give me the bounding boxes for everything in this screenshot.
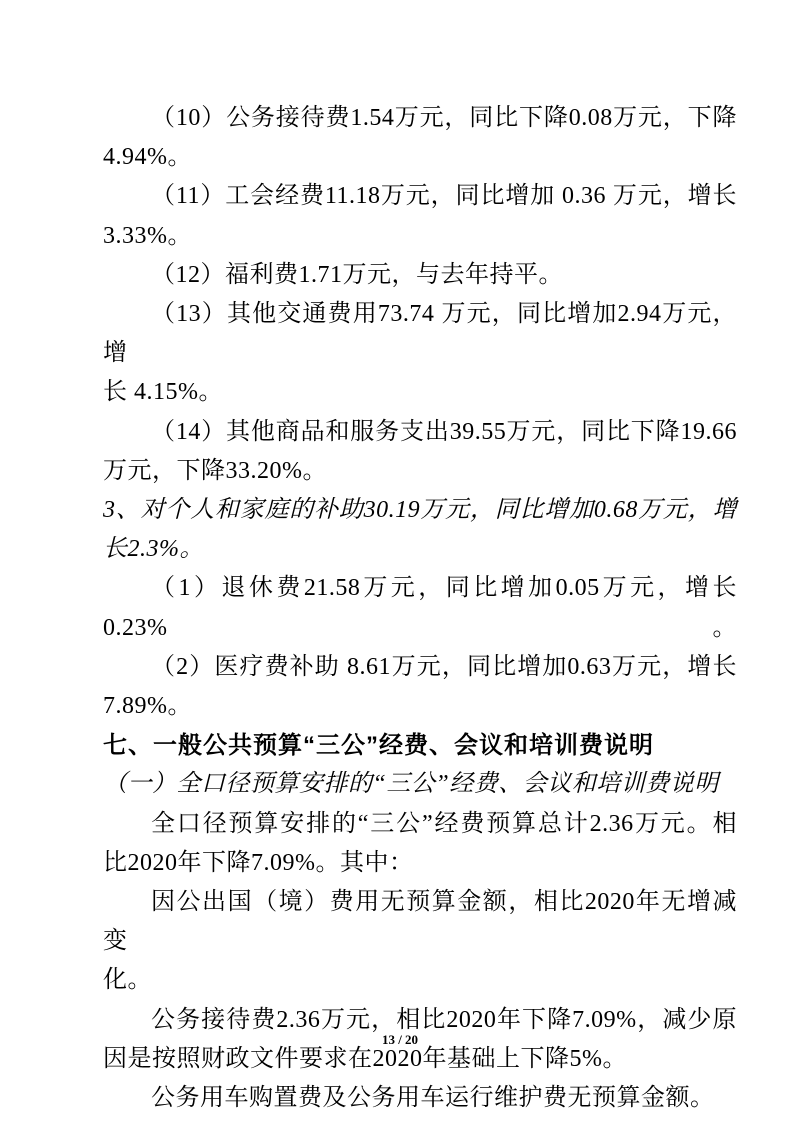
text-line-item13-cont: 长 4.15%。 <box>103 373 737 412</box>
text-line-level3-item: 3、对个人和家庭的补助30.19万元，同比增加0.68万元，增 <box>103 491 737 530</box>
text-line-item14: （14）其他商品和服务支出39.55万元，同比下降19.66 <box>103 413 737 452</box>
text-line-abroad: 因公出国（境）费用无预算金额，相比2020年无增减变 <box>103 883 737 961</box>
text-line-sub1: （1）退休费21.58万元，同比增加0.05万元，增长0.23%。 <box>103 569 737 647</box>
section-heading: 七、一般公共预算“三公”经费、会议和培训费说明 <box>103 726 737 765</box>
text-line-item11-cont: 3.33%。 <box>103 217 737 256</box>
text-line-item10-cont: 4.94%。 <box>103 138 737 177</box>
text-line-item12: （12）福利费1.71万元，与去年持平。 <box>103 256 737 295</box>
text-line-vehicle: 公务用车购置费及公务用车运行维护费无预算金额。 <box>103 1079 737 1118</box>
document-body: （10）公务接待费1.54万元，同比下降0.08万元，下降 4.94%。 （11… <box>103 99 737 1118</box>
text-line-sub2-cont: 7.89%。 <box>103 687 737 726</box>
text-line-sub2: （2）医疗费补助 8.61万元，同比增加0.63万元，增长 <box>103 648 737 687</box>
text-line-item11: （11）工会经费11.18万元，同比增加 0.36 万元，增长 <box>103 177 737 216</box>
text-line-item10: （10）公务接待费1.54万元，同比下降0.08万元，下降 <box>103 99 737 138</box>
document-page: （10）公务接待费1.54万元，同比下降0.08万元，下降 4.94%。 （11… <box>0 0 800 1131</box>
page-number: 13 / 20 <box>0 1031 800 1049</box>
text-line-total-cont: 比2020年下降7.09%。其中： <box>103 844 737 883</box>
text-line-total: 全口径预算安排的“三公”经费预算总计2.36万元。相 <box>103 805 737 844</box>
subsection-heading: （一）全口径预算安排的“三公”经费、会议和培训费说明 <box>103 765 737 804</box>
text-line-level3-cont: 长2.3%。 <box>103 530 737 569</box>
text-line-item14-cont: 万元，下降33.20%。 <box>103 452 737 491</box>
text-line-item13: （13）其他交通费用73.74 万元，同比增加2.94万元，增 <box>103 295 737 373</box>
text-line-abroad-cont: 化。 <box>103 961 737 1000</box>
